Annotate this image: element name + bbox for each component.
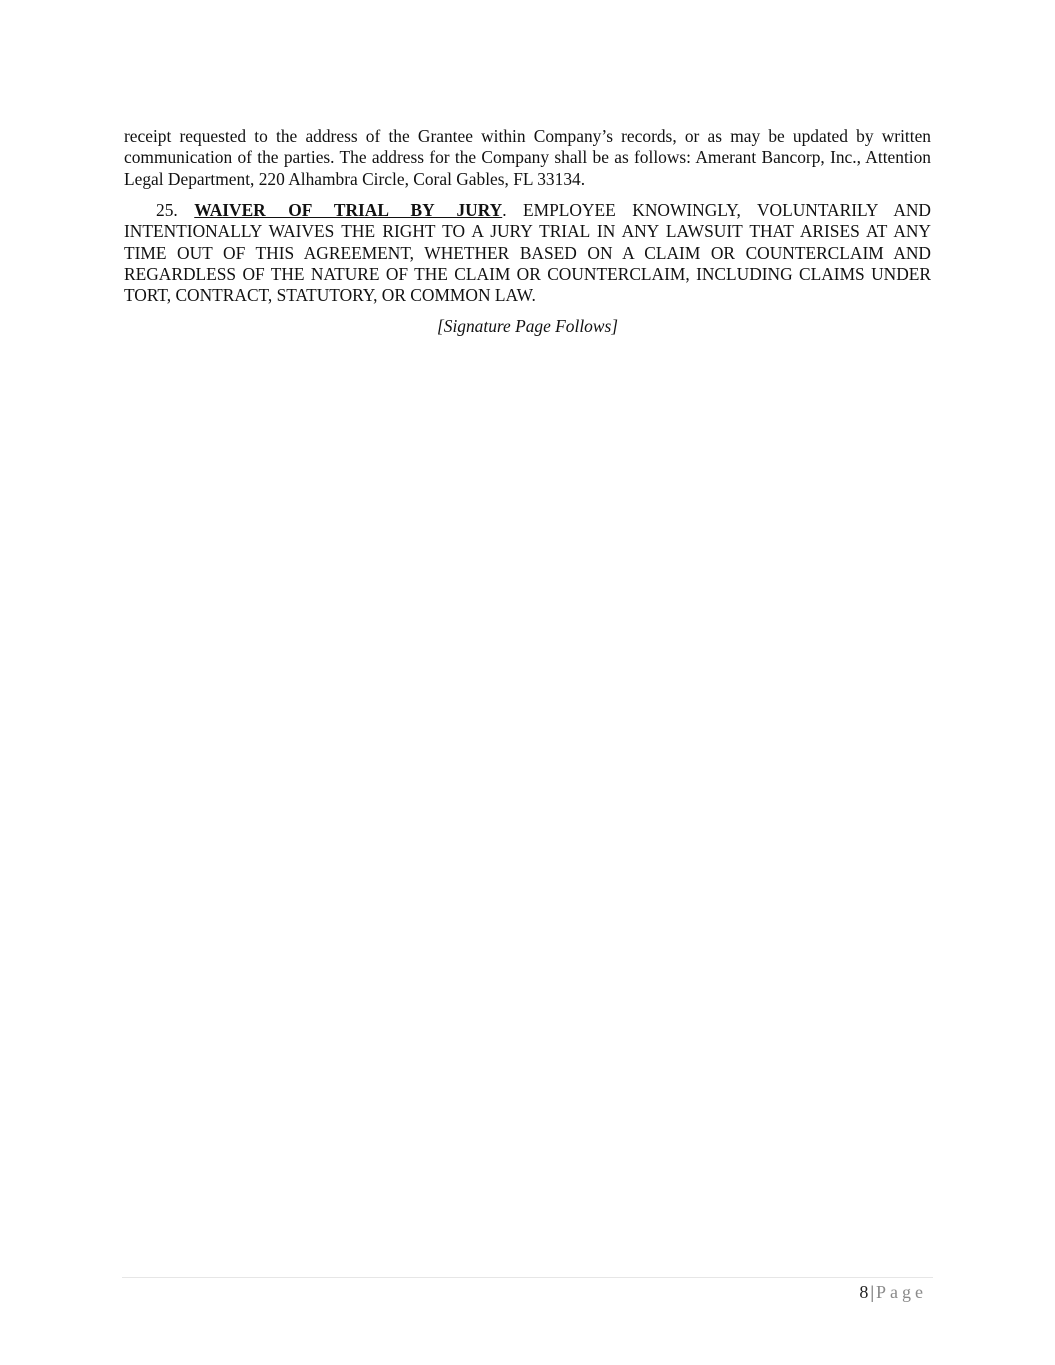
section-25: 25. WAIVER OF TRIAL BY JURY. EMPLOYEE KN… (124, 200, 931, 306)
page-footer: 8|Page (859, 1282, 927, 1303)
section-25-paragraph: 25. WAIVER OF TRIAL BY JURY. EMPLOYEE KN… (124, 200, 931, 306)
page-number: 8 (859, 1282, 868, 1302)
signature-page-note: [Signature Page Follows] (0, 316, 1055, 337)
page-label: Page (876, 1282, 927, 1302)
continuation-paragraph: receipt requested to the address of the … (124, 126, 931, 190)
section-heading: WAIVER OF TRIAL BY JURY (194, 200, 502, 220)
footer-divider (122, 1277, 933, 1278)
footer-separator: | (870, 1282, 874, 1302)
section-number: 25. (156, 200, 178, 220)
document-body: receipt requested to the address of the … (124, 126, 931, 190)
